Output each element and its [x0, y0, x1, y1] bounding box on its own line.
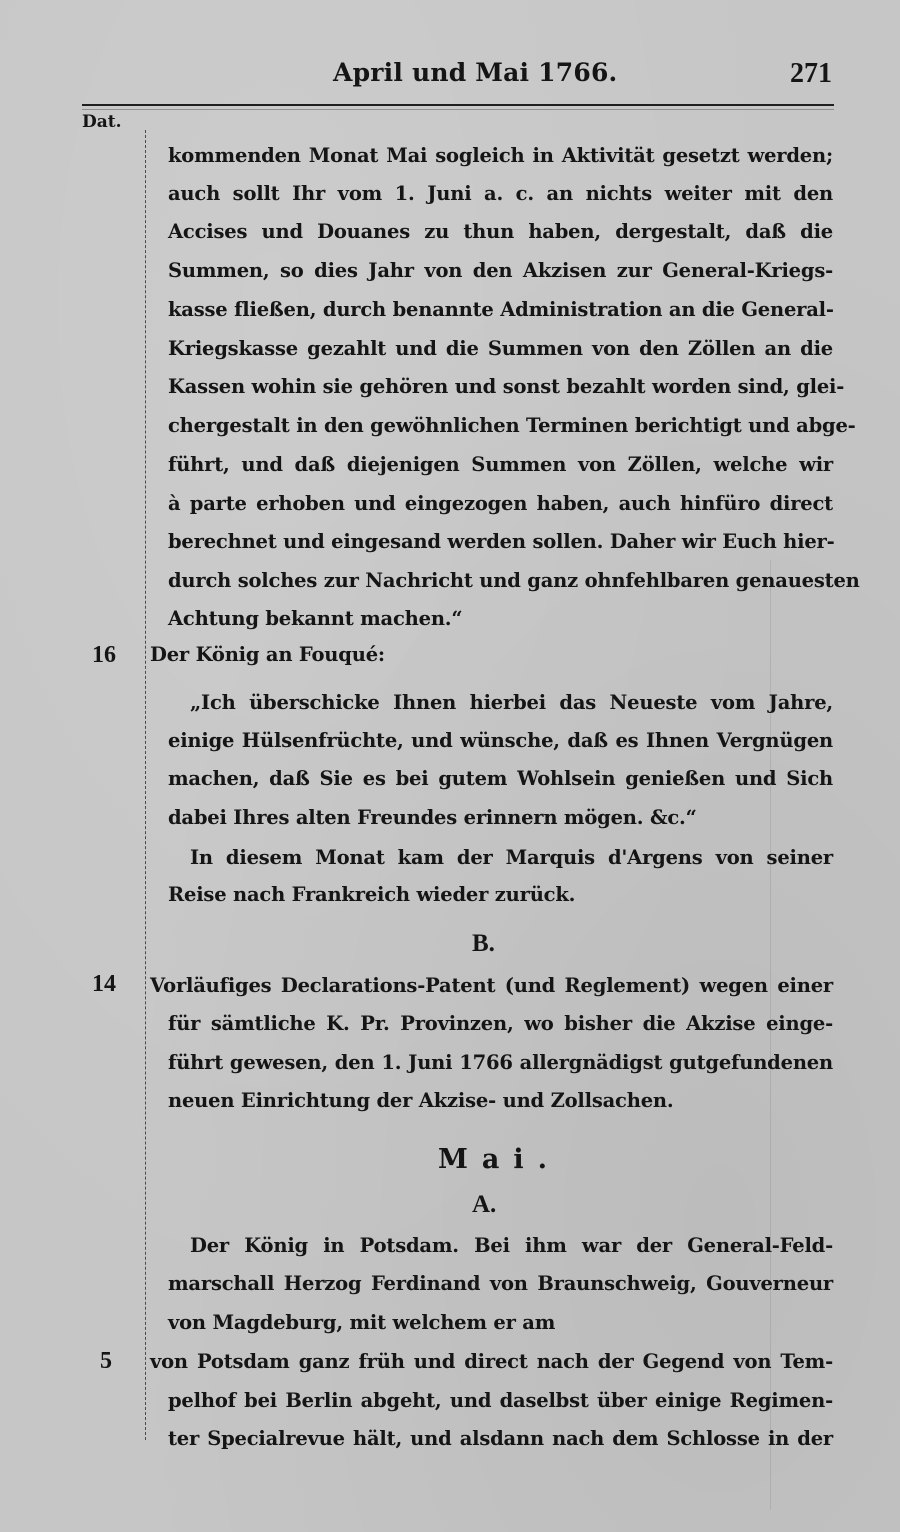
header-rule-shadow: [82, 109, 834, 110]
text-line: Summen, so dies Jahr von den Akzisen zur…: [168, 253, 833, 289]
text-line: führt, und daß diejenigen Summen von Zöl…: [168, 447, 833, 483]
entry-date: 5: [100, 1343, 112, 1379]
text-line: für sämtliche K. Pr. Provinzen, wo bishe…: [168, 1006, 833, 1042]
text-line: pelhof bei Berlin abgeht, und daselbst ü…: [168, 1383, 833, 1419]
book-page: April und Mai 1766. 271 Dat. kommenden M…: [0, 0, 900, 1532]
text-line: ter Specialrevue hält, und alsdann nach …: [168, 1421, 833, 1457]
page-number: 271: [790, 58, 832, 90]
date-column-label: Dat.: [82, 112, 122, 132]
text-line: Kassen wohin sie gehören und sonst bezah…: [168, 369, 833, 405]
date-column-divider: [145, 130, 146, 1440]
text-line: Achtung bekannt machen.“: [168, 601, 833, 637]
text-line: neuen Einrichtung der Akzise- und Zollsa…: [168, 1083, 833, 1119]
text-line: kasse fließen, durch benannte Administra…: [168, 292, 833, 328]
letter-line: einige Hülsenfrüchte, und wünsche, daß e…: [168, 723, 833, 759]
text-line: kommenden Monat Mai sogleich in Aktivitä…: [168, 138, 833, 174]
text-line: Reise nach Frankreich wieder zurück.: [168, 877, 833, 913]
entry-heading: Der König an Fouqué:: [150, 637, 815, 673]
text-line: Accises und Douanes zu thun haben, derge…: [168, 214, 833, 250]
month-heading: Mai.: [438, 1144, 561, 1175]
text-line: In diesem Monat kam der Marquis d'Argens…: [190, 840, 833, 876]
text-line: von Potsdam ganz früh und direct nach de…: [150, 1344, 833, 1380]
entry-date: 16: [92, 637, 116, 673]
section-heading-b: B.: [472, 930, 495, 958]
text-line: berechnet und eingesand werden sollen. D…: [168, 524, 833, 560]
text-line: von Magdeburg, mit welchem er am: [168, 1305, 833, 1341]
text-line: Kriegskasse gezahlt und die Summen von d…: [168, 331, 833, 367]
text-line: Der König in Potsdam. Bei ihm war der Ge…: [190, 1228, 833, 1264]
text-line: auch sollt Ihr vom 1. Juni a. c. an nich…: [168, 176, 833, 212]
text-line: chergestalt in den gewöhnlichen Terminen…: [168, 408, 833, 444]
running-head: April und Mai 1766. 271: [0, 58, 900, 98]
entry-date: 14: [92, 966, 116, 1002]
text-line: marschall Herzog Ferdinand von Braunschw…: [168, 1266, 833, 1302]
text-line: führt gewesen, den 1. Juni 1766 allergnä…: [168, 1045, 833, 1081]
header-rule: [82, 104, 834, 106]
text-line: durch solches zur Nachricht und ganz ohn…: [168, 563, 833, 599]
section-heading-a: A.: [472, 1191, 496, 1219]
text-line: à parte erhoben und eingezogen haben, au…: [168, 486, 833, 522]
letter-line: „Ich überschicke Ihnen hierbei das Neues…: [190, 685, 833, 721]
running-title: April und Mai 1766.: [333, 58, 617, 87]
text-line: Vorläufiges Declarations-Patent (und Reg…: [150, 968, 833, 1004]
letter-line: dabei Ihres alten Freundes erinnern möge…: [168, 800, 833, 836]
letter-line: machen, daß Sie es bei gutem Wohlsein ge…: [168, 761, 833, 797]
